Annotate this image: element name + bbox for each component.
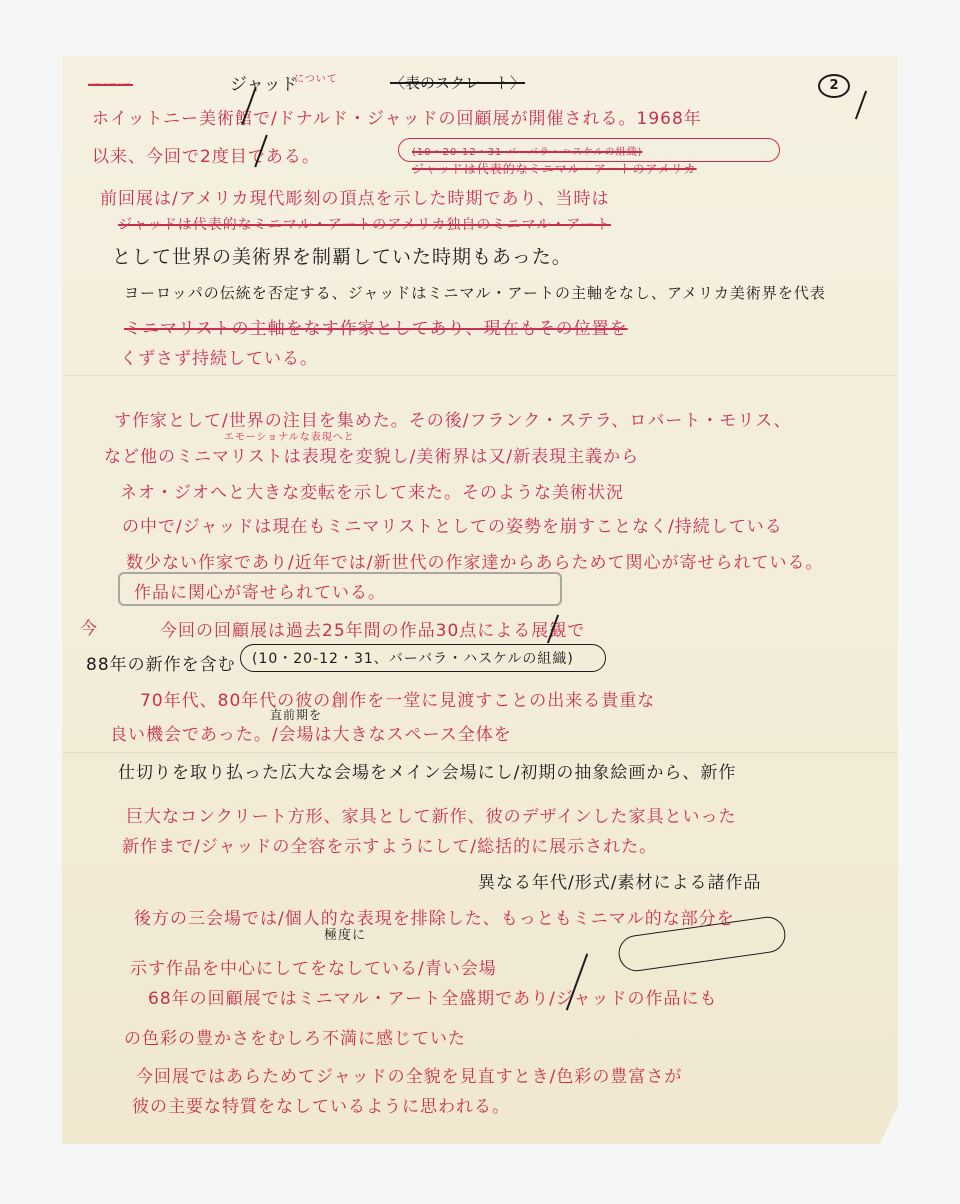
manuscript-line: 今回展ではあらためてジャッドの全貌を見直すとき/色彩の豊富さが <box>136 1062 682 1087</box>
manuscript-line: 70年代、80年代の彼の創作を一堂に見渡すことの出来る貴重な <box>140 686 655 711</box>
paper-fold-line <box>62 752 898 753</box>
manuscript-line: 前回展は/アメリカ現代彫刻の頂点を示した時期であり、当時は <box>100 184 610 209</box>
manuscript-line: 以来、今回で2度目である。 <box>92 142 320 167</box>
manuscript-line: 88年の新作を含む <box>86 650 236 675</box>
insert-mark: 今 <box>80 614 98 639</box>
manuscript-line: 68年の回顧展ではミニマル・アート全盛期であり/ジャッドの作品にも <box>148 984 718 1009</box>
date-annotation: (10・20-12・31、バーバラ・ハスケルの組織) <box>252 648 574 668</box>
paper-fold-line <box>62 375 898 376</box>
manuscript-line: 示す作品を中心にしてをなしている/青い会場 <box>130 954 497 979</box>
manuscript-line: 彼の主要な特質をなしているように思われる。 <box>132 1092 510 1117</box>
manuscript-line: 良い機会であった。/会場は大きなスペース全体を <box>110 720 512 745</box>
manuscript-line: す作家として/世界の注目を集めた。その後/フランク・ステラ、ロバート・モリス、 <box>114 406 792 431</box>
heading-note: について <box>294 70 338 85</box>
line-annotation: 極度に <box>324 924 366 943</box>
manuscript-line: 後方の三会場では/個人的な表現を排除した、もっともミニマル的な部分を <box>134 904 735 929</box>
manuscript-line: ネオ・ジオへと大きな変転を示して来た。そのような美術状況 <box>120 478 624 503</box>
manuscript-line: の中で/ジャッドは現在もミニマリストとしての姿勢を崩すことなく/持続している <box>122 512 783 537</box>
struck-line: ジャッドは代表的なミニマル・アートのアメリカ独自のミニマル・アート <box>118 214 611 234</box>
manuscript-line: 新作まで/ジャッドの全容を示すようにして/総括的に展示された。 <box>122 832 657 857</box>
manuscript-line: 仕切りを取り払った広大な会場をメイン会場にし/初期の抽象絵画から、新作 <box>118 758 736 783</box>
manuscript-line: ホイットニー美術館で/ドナルド・ジャッドの回顧展が開催される。1968年 <box>92 104 702 129</box>
manuscript-line: 作品に関心が寄せられている。 <box>134 578 386 603</box>
struck-line: ジャッドは代表的なミニマル・アートのアメリカ <box>412 160 697 177</box>
manuscript-line: など他のミニマリストは表現を変貌し/美術界は又/新表現主義から <box>104 442 639 467</box>
line-annotation: エモーショナルな表現へと <box>224 428 355 443</box>
manuscript-line: 数少ない作家であり/近年では/新世代の作家達からあらためて関心が寄せられている。 <box>126 548 823 573</box>
struck-annotation: (10・20-12・31 バーバラ・ハスケルの組織) <box>412 143 643 158</box>
manuscript-line: 巨大なコンクリート方形、家具として新作、彼のデザインした家具といった <box>126 802 736 827</box>
manuscript-line: の色彩の豊かさをむしろ不満に感じていた <box>124 1024 466 1049</box>
struck-scribble: ーーー <box>88 74 133 94</box>
manuscript-line: くずさず持続している。 <box>120 344 318 369</box>
struck-heading: 〈表のスクレート〉 <box>390 72 525 93</box>
manuscript-line: として世界の美術界を制覇していた時期もあった。 <box>112 242 572 269</box>
manuscript-line: 異なる年代/形式/素材による諸作品 <box>478 868 761 893</box>
manuscript-line: ヨーロッパの伝統を否定する、ジャッドはミニマル・アートの主軸をなし、アメリカ美術… <box>124 282 826 303</box>
manuscript-line: 今回の回顧展は過去25年間の作品30点による展観で <box>160 616 585 641</box>
manuscript-line: ミニマリストの主軸をなす作家としてあり、現在もその位置を <box>124 314 628 339</box>
manuscript-heading: ジャッド <box>230 70 298 95</box>
page-number: 2 <box>818 74 850 98</box>
